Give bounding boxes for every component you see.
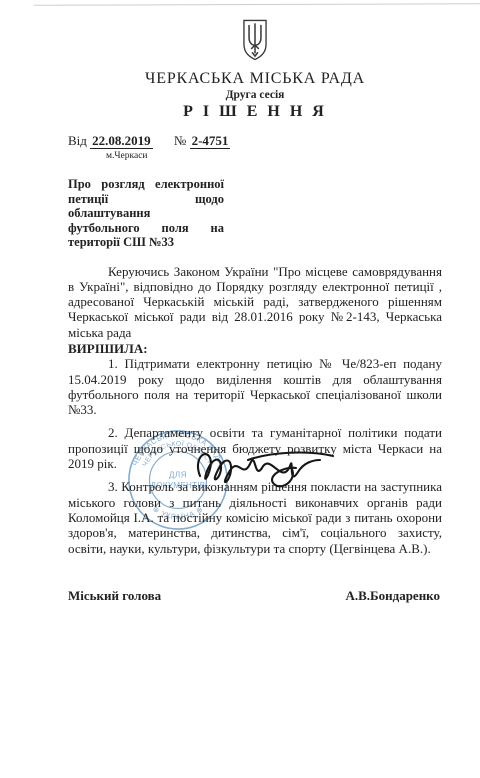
preamble-paragraph: Керуючись Законом України "Про місцеве с… xyxy=(68,264,442,340)
resolution-item-1: 1. Підтримати електронну петицію № Че/82… xyxy=(68,356,442,417)
document-meta-line: Від 22.08.2019 № 2-4751 xyxy=(68,133,442,149)
city-label: м.Черкаси xyxy=(106,151,442,161)
document-number: 2-4751 xyxy=(190,133,231,149)
document-header: ЧЕРКАСЬКА МІСЬКА РАДА Друга сесія Р І Ш … xyxy=(68,16,442,121)
document-content: ЧЕРКАСЬКА МІСЬКА РАДА Друга сесія Р І Ш … xyxy=(0,0,480,604)
document-page: ЧЕРКАСЬКА МІСЬКА РАДА Друга сесія Р І Ш … xyxy=(0,0,480,778)
organization-name: ЧЕРКАСЬКА МІСЬКА РАДА xyxy=(68,70,442,88)
document-type-title: Р І Ш Е Н Н Я xyxy=(68,103,442,121)
session-label: Друга сесія xyxy=(68,89,442,101)
handwritten-signature xyxy=(190,436,340,513)
signer-name: А.В.Бондаренко xyxy=(345,588,440,604)
ukraine-trident-shield-icon xyxy=(238,18,272,67)
document-subject: Про розгляд електронної петиції щодо обл… xyxy=(68,177,224,250)
date-prefix: Від xyxy=(68,133,87,148)
signer-title: Міський голова xyxy=(68,588,161,604)
resolved-label: ВИРІШИЛА: xyxy=(68,341,442,356)
signature-row: Міський голова А.В.Бондаренко xyxy=(68,588,442,604)
document-date: 22.08.2019 xyxy=(90,133,153,149)
number-sign: № xyxy=(174,133,186,148)
